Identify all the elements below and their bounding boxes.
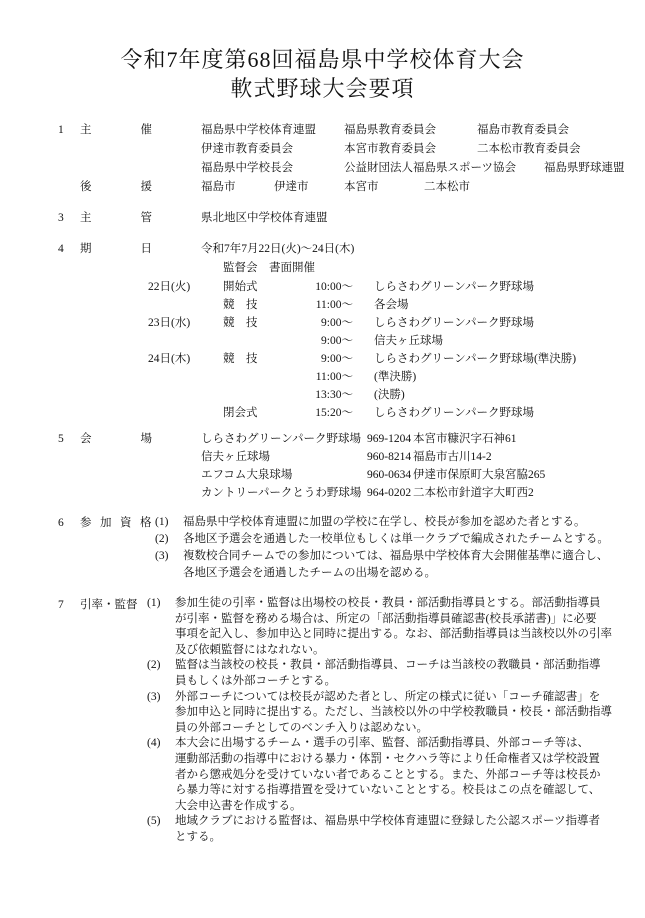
schedule-venue: (決勝) — [353, 386, 645, 404]
schedule-venue: 信夫ヶ丘球場 — [353, 332, 645, 350]
schedule-event: 競 技 — [223, 296, 281, 314]
schedule-event: 開始式 — [223, 278, 281, 296]
support-city: 二本松市 — [424, 178, 645, 197]
schedule-date — [148, 368, 223, 386]
eligibility-item: (3) 複数校合同チームでの参加については、福島県中学校体育大会開催基準に適合し… — [160, 548, 645, 582]
eligibility-item: (2) 各地区予選会を通過した一校単位もしくは単一クラブで編成されたチームとする… — [160, 531, 645, 548]
host-org-row: 伊達市教育委員会 本宮市教育委員会 二本松市教育委員会 — [201, 140, 645, 159]
schedule-venue: 各会場 — [353, 296, 645, 314]
supervision-item: (1) 参加生徒の引率・監督は出場校の校長・教員・部活動指導員とする。部活動指導… — [152, 596, 645, 658]
schedule-row: 24日(木) 競 技 9:00〜 しらさわグリーンパーク野球場(準決勝) — [148, 350, 645, 368]
schedule-note: 監督会 書面開催 — [223, 259, 645, 278]
item-text: 複数校合同チームでの参加については、福島県中学校体育大会開催基準に適合し、 各地… — [183, 548, 645, 582]
eligibility-items: (1) 福島県中学校体育連盟に加盟の学校に在学し、校長が参加を認めた者とする。 … — [160, 514, 645, 582]
supervision-item: (2) 監督は当該校の校長・教員・部活動指導員、コーチは当該校の教職員・部活動指… — [152, 658, 645, 689]
host-org: 二本松市教育委員会 — [477, 140, 645, 159]
management-label: 主管 — [80, 209, 201, 228]
management-number: 3 — [58, 209, 80, 228]
schedule-event — [223, 368, 281, 386]
host-org: 公益財団法人福島県スポーツ協会 — [344, 159, 544, 178]
eligibility-number: 6 — [58, 514, 80, 533]
host-org: 福島市教育委員会 — [477, 121, 645, 140]
schedule-time: 11:00〜 — [281, 368, 353, 386]
document-title: 令和7年度第68回福島県中学校体育大会 軟式野球大会要項 — [0, 0, 645, 103]
schedule-event — [223, 386, 281, 404]
management-text: 県北地区中学校体育連盟 — [201, 209, 645, 228]
host-label: 主催 — [80, 121, 201, 140]
item-number: (3) — [147, 690, 175, 706]
venues-label: 会場 — [80, 430, 201, 449]
host-org-row: 福島県中学校体育連盟 福島県教育委員会 福島市教育委員会 — [201, 121, 645, 140]
venues-number: 5 — [58, 430, 80, 449]
item-number: (2) — [147, 658, 175, 674]
venue-row: 信夫ヶ丘球場 960-8214 福島市古川14-2 — [201, 448, 645, 466]
schedule-time: 10:00〜 — [281, 278, 353, 296]
host-org: 福島県野球連盟 — [544, 159, 645, 178]
venue-postal: 969-1204 — [367, 430, 413, 448]
schedule-venue: しらさわグリーンパーク野球場 — [353, 314, 645, 332]
schedule-event: 競 技 — [223, 314, 281, 332]
venue-address: 福島市古川14-2 — [413, 448, 645, 466]
supervision-label: 引率・監督 — [80, 596, 152, 615]
venue-address: 本宮市糠沢字石神61 — [413, 430, 645, 448]
eligibility-label: 参加資格 — [80, 514, 160, 533]
item-number: (1) — [147, 596, 175, 612]
item-text: 本大会に出場するチーム・選手の引率、監督、部活動指導員、外部コーチ等は、 運動部… — [175, 736, 645, 814]
venue-name: エフコム大泉球場 — [201, 466, 367, 484]
schedule-date: 23日(水) — [148, 314, 223, 332]
support-city-row: 福島市 伊達市 本宮市 二本松市 — [201, 178, 645, 197]
schedule-date — [148, 386, 223, 404]
schedule-time: 11:00〜 — [281, 296, 353, 314]
support-city: 伊達市 — [274, 178, 344, 197]
support-label: 後援 — [80, 178, 201, 197]
dates-label: 期日 — [80, 240, 201, 259]
schedule-venue: しらさわグリーンパーク野球場(準決勝) — [353, 350, 645, 368]
supervision-item: (4) 本大会に出場するチーム・選手の引率、監督、部活動指導員、外部コーチ等は、… — [152, 736, 645, 814]
schedule-row: 23日(水) 競 技 9:00〜 しらさわグリーンパーク野球場 — [148, 314, 645, 332]
schedule-time: 9:00〜 — [281, 350, 353, 368]
host-org-row: 福島県中学校長会 公益財団法人福島県スポーツ協会 福島県野球連盟 — [201, 159, 645, 178]
schedule-row: 閉会式 15:20〜 しらさわグリーンパーク野球場 — [148, 404, 645, 422]
section-supervision: 7 引率・監督 (1) 参加生徒の引率・監督は出場校の校長・教員・部活動指導員と… — [0, 596, 645, 846]
schedule-row: 11:00〜 (準決勝) — [148, 368, 645, 386]
section-venues: 5 会場 しらさわグリーンパーク野球場 969-1204 本宮市糠沢字石神61 … — [0, 430, 645, 502]
document-title-line1: 令和7年度第68回福島県中学校体育大会 — [0, 45, 645, 74]
supervision-item: (3) 外部コーチについては校長が認めた者とし、所定の様式に従い「コーチ確認書」… — [152, 690, 645, 737]
item-text: 外部コーチについては校長が認めた者とし、所定の様式に従い「コーチ確認書」を 参加… — [175, 690, 645, 737]
schedule-date — [148, 404, 223, 422]
schedule-date: 24日(木) — [148, 350, 223, 368]
schedule-row: 13:30〜 (決勝) — [148, 386, 645, 404]
section-eligibility: 6 参加資格 (1) 福島県中学校体育連盟に加盟の学校に在学し、校長が参加を認め… — [0, 514, 645, 582]
schedule-event: 閉会式 — [223, 404, 281, 422]
venue-address: 伊達市保原町大泉宮脇265 — [413, 466, 645, 484]
schedule-row: 22日(火) 開始式 10:00〜 しらさわグリーンパーク野球場 — [148, 278, 645, 296]
item-number: (4) — [147, 736, 175, 752]
host-org: 本宮市教育委員会 — [344, 140, 477, 159]
schedule-row: 競 技 11:00〜 各会場 — [148, 296, 645, 314]
venue-row: カントリーパークとうわ野球場 964-0202 二本松市針道字大町西2 — [201, 484, 645, 502]
schedule-date — [148, 296, 223, 314]
schedule-row: 9:00〜 信夫ヶ丘球場 — [148, 332, 645, 350]
item-number: (3) — [155, 548, 183, 565]
schedule-venue: しらさわグリーンパーク野球場 — [353, 404, 645, 422]
item-text: 福島県中学校体育連盟に加盟の学校に在学し、校長が参加を認めた者とする。 — [183, 514, 645, 531]
supervision-item: (5) 地域クラブにおける監督は、福島県中学校体育連盟に登録した公認スポーツ指導… — [152, 814, 645, 845]
dates-text: 令和7年7月22日(火)〜24日(木) — [201, 240, 645, 259]
document-page: 令和7年度第68回福島県中学校体育大会 軟式野球大会要項 1 主催 福島県中学校… — [0, 0, 645, 918]
host-org: 福島県中学校体育連盟 — [201, 121, 344, 140]
host-number: 1 — [58, 121, 80, 140]
document-title-line2: 軟式野球大会要項 — [0, 74, 645, 103]
supervision-items: (1) 参加生徒の引率・監督は出場校の校長・教員・部活動指導員とする。部活動指導… — [152, 596, 645, 846]
item-text: 各地区予選会を通過した一校単位もしくは単一クラブで編成されたチームとする。 — [183, 531, 645, 548]
item-number: (1) — [155, 514, 183, 531]
venue-postal: 960-0634 — [367, 466, 413, 484]
item-text: 参加生徒の引率・監督は出場校の校長・教員・部活動指導員とする。部活動指導員 が引… — [175, 596, 645, 658]
schedule-time: 9:00〜 — [281, 332, 353, 350]
eligibility-item: (1) 福島県中学校体育連盟に加盟の学校に在学し、校長が参加を認めた者とする。 — [160, 514, 645, 531]
venue-row: しらさわグリーンパーク野球場 969-1204 本宮市糠沢字石神61 — [201, 430, 645, 448]
schedule-date: 22日(火) — [148, 278, 223, 296]
schedule-venue: しらさわグリーンパーク野球場 — [353, 278, 645, 296]
section-management: 3 主管 県北地区中学校体育連盟 — [0, 209, 645, 228]
schedule-date — [148, 332, 223, 350]
item-number: (2) — [155, 531, 183, 548]
dates-number: 4 — [58, 240, 80, 259]
host-orgs: 福島県中学校体育連盟 福島県教育委員会 福島市教育委員会 伊達市教育委員会 本宮… — [201, 121, 645, 178]
schedule-event — [223, 332, 281, 350]
venue-name: 信夫ヶ丘球場 — [201, 448, 367, 466]
section-dates: 4 期日 令和7年7月22日(火)〜24日(木) — [0, 240, 645, 259]
venue-name: カントリーパークとうわ野球場 — [201, 484, 367, 502]
item-text: 監督は当該校の校長・教員・部活動指導員、コーチは当該校の教職員・部活動指導 員も… — [175, 658, 645, 689]
host-org: 伊達市教育委員会 — [201, 140, 344, 159]
host-org: 福島県中学校長会 — [201, 159, 344, 178]
venue-row: エフコム大泉球場 960-0634 伊達市保原町大泉宮脇265 — [201, 466, 645, 484]
support-city: 本宮市 — [344, 178, 424, 197]
support-cities: 福島市 伊達市 本宮市 二本松市 — [201, 178, 645, 197]
item-number: (5) — [147, 814, 175, 830]
support-city: 福島市 — [201, 178, 274, 197]
venue-postal: 960-8214 — [367, 448, 413, 466]
section-host: 1 主催 福島県中学校体育連盟 福島県教育委員会 福島市教育委員会 伊達市教育委… — [0, 121, 645, 178]
venue-postal: 964-0202 — [367, 484, 413, 502]
section-support: 後援 福島市 伊達市 本宮市 二本松市 — [0, 178, 645, 197]
venues-table: しらさわグリーンパーク野球場 969-1204 本宮市糠沢字石神61 信夫ヶ丘球… — [201, 430, 645, 502]
schedule-event: 競 技 — [223, 350, 281, 368]
schedule-venue: (準決勝) — [353, 368, 645, 386]
schedule-time: 15:20〜 — [281, 404, 353, 422]
host-org: 福島県教育委員会 — [344, 121, 477, 140]
schedule-time: 9:00〜 — [281, 314, 353, 332]
supervision-number: 7 — [58, 596, 80, 615]
venue-address: 二本松市針道字大町西2 — [413, 484, 645, 502]
venue-name: しらさわグリーンパーク野球場 — [201, 430, 367, 448]
schedule-table: 22日(火) 開始式 10:00〜 しらさわグリーンパーク野球場 競 技 11:… — [148, 278, 645, 422]
schedule-time: 13:30〜 — [281, 386, 353, 404]
item-text: 地域クラブにおける監督は、福島県中学校体育連盟に登録した公認スポーツ指導者 とす… — [175, 814, 645, 845]
